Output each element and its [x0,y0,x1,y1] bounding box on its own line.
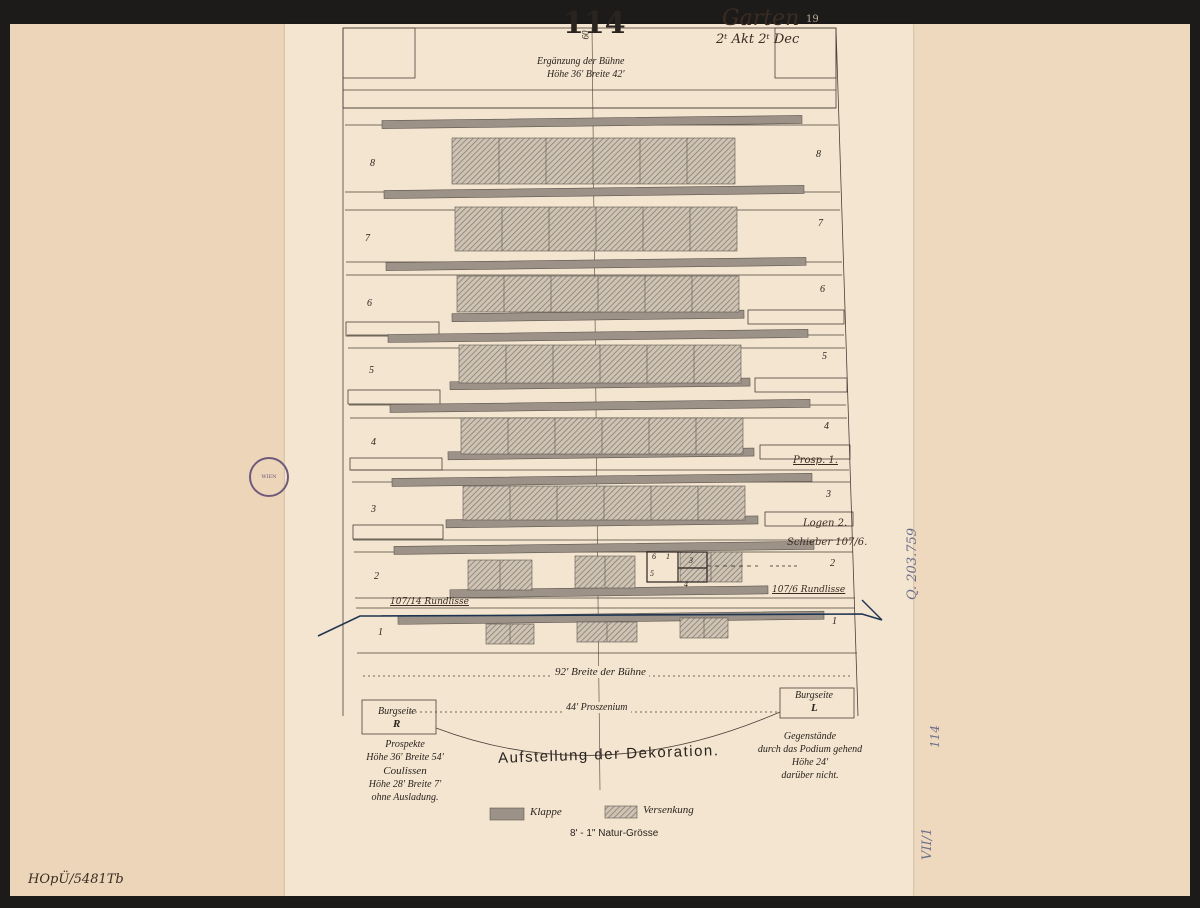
row-number-right-4: 4 [824,421,829,432]
row-number-left-5: 5 [369,365,374,376]
note-right-0: Gegenstände [745,730,875,743]
row-number-right-5: 5 [822,351,827,362]
row-number-left-6: 6 [367,298,372,309]
proscenium-label: 44' Proszenium [563,702,631,713]
small-number: 60 [581,31,591,40]
vertical-sheet-number: 114 [928,725,942,748]
annotation-schieber: Schieber 107/6. [787,537,867,548]
notes-left: Prospekte Höhe 36' Breite 54' Coulissen … [360,738,450,804]
note-left-4: ohne Ausladung. [360,791,450,804]
sheet-number: 114 [563,6,626,41]
shelf-mark: HOpÜ/5481Tb [28,872,124,887]
note-left-0: Prospekte [360,738,450,751]
trap-label-6: 6 [652,552,656,561]
row-number-right-8: 8 [816,149,821,160]
legend-klappe-label: Klappe [530,806,562,818]
note-left-1: Höhe 36' Breite 54' [360,751,450,764]
handwritten-title: Garten [722,6,799,31]
row-number-left-3: 3 [371,504,376,515]
trap-label-3: 3 [689,556,693,565]
stage-plan-drawing [0,0,1200,908]
handwritten-subtitle: 2ᵗ Akt 2ᵗ Dec [716,32,799,47]
annotation-prosp: Prosp. 1. [793,455,838,466]
trap-label-1: 1 [666,552,670,561]
scale-label: 8' - 1" Natur-Grösse [570,828,658,839]
row-number-right-1: 1 [832,616,837,627]
row-number-left-8: 8 [370,158,375,169]
side-right-label: Burgseite [378,706,416,717]
extension-line1: Ergänzung der Bühne [537,56,624,67]
note-right-2: Höhe 24' [745,756,875,769]
row-number-right-2: 2 [830,558,835,569]
row-number-left-2: 2 [374,571,379,582]
annotation-soffitte-left: 107/14 Rundlisse [390,597,469,607]
annotation-soffitte-right: 107/6 Rundlisse [772,585,845,595]
row-number-left-7: 7 [365,233,370,244]
note-right-3: darüber nicht. [745,769,875,782]
row-number-left-4: 4 [371,437,376,448]
side-right-letter: R [393,718,400,730]
library-stamp: WIEN [249,457,289,497]
trap-label-4: 4 [684,580,688,589]
side-left-label: Burgseite [795,690,833,701]
row-number-left-1: 1 [378,627,383,638]
vertical-inventory-number: Q. 203.759 [905,528,920,600]
extension-line2: Höhe 36' Breite 42' [547,69,625,80]
legend-versenkung-swatch [605,806,637,818]
note-left-3: Höhe 28' Breite 7' [360,778,450,791]
side-left-letter: L [811,702,818,714]
legend-klappe-swatch [490,808,524,820]
note-right-1: durch das Podium gehend [745,743,875,756]
notes-right: Gegenstände durch das Podium gehend Höhe… [745,730,875,782]
vertical-roman-mark: VII/1 [920,828,935,860]
note-left-2: Coulissen [360,764,450,778]
row-number-right-7: 7 [818,218,823,229]
trap-label-5: 5 [650,569,654,578]
row-number-right-3: 3 [826,489,831,500]
annotation-logen: Logen 2. [803,518,847,529]
legend-versenkung-label: Versenkung [643,804,694,816]
row-number-right-6: 6 [820,284,825,295]
corner-mark: 19 [806,14,819,25]
stage-width-label: 92' Breite der Bühne [552,666,649,678]
